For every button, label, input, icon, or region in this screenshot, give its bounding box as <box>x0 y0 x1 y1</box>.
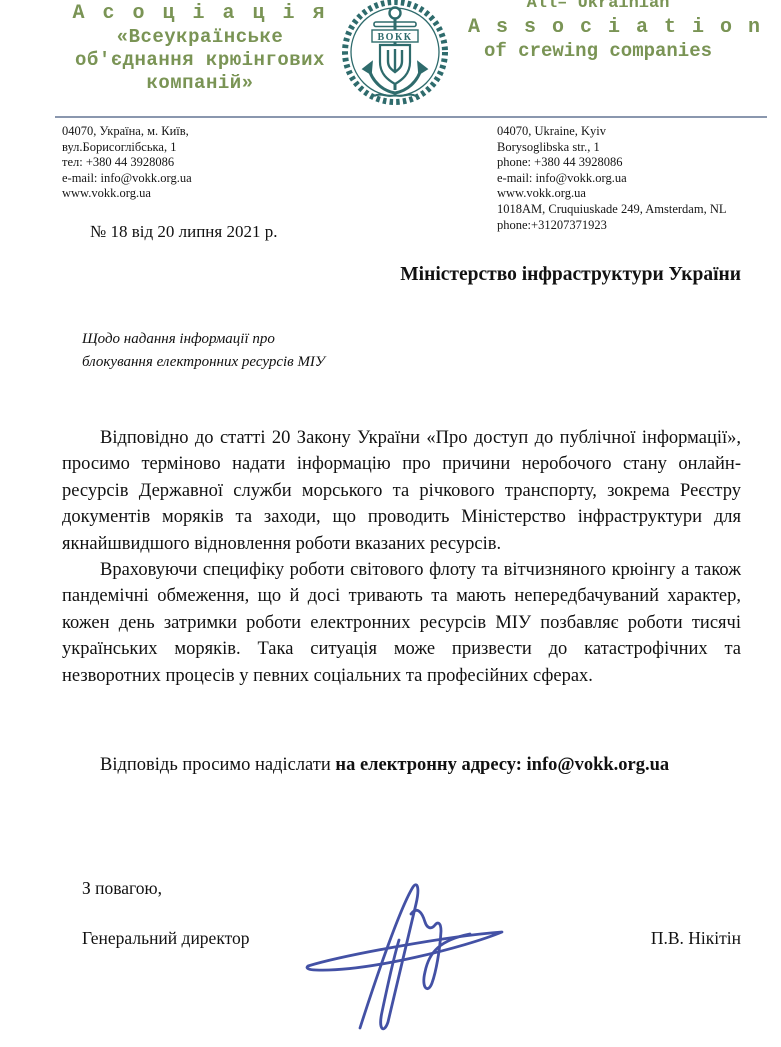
letter-page: А с о ц і а ц і я «Всеукраїнське об'єдна… <box>0 0 781 1047</box>
contact-line: 04070, Україна, м. Київ, <box>62 124 192 140</box>
reply-request-line: Відповідь просимо надіслати на електронн… <box>62 755 741 776</box>
body-paragraph-2: Враховуючи специфіку роботи світового фл… <box>62 557 741 689</box>
contact-line: e-mail: info@vokk.org.ua <box>62 171 192 187</box>
contact-line: тел: +380 44 3928086 <box>62 155 192 171</box>
contact-line: вул.Борисоглібська, 1 <box>62 140 192 156</box>
closing-salutation: З повагою, <box>82 878 162 899</box>
org-en-line1: All– Ukrainian <box>468 0 728 15</box>
org-ua-line4: компаній» <box>50 72 350 95</box>
logo-label: ВОКК <box>378 32 413 43</box>
contact-block-english: 04070, Ukraine, Kyiv Borysoglibska str.,… <box>497 124 727 233</box>
letter-subject: Щодо надання інформації про блокування е… <box>82 328 325 374</box>
signer-name: П.В. Нікітін <box>651 928 741 949</box>
body-paragraph-1: Відповідно до статті 20 Закону України «… <box>62 425 741 557</box>
org-name-ukrainian: А с о ц і а ц і я «Всеукраїнське об'єдна… <box>50 2 350 95</box>
org-en-line2: A s s o c i a t i o n <box>468 15 728 40</box>
addressee: Міністерство інфраструктури України <box>380 264 741 286</box>
contact-line: www.vokk.org.ua <box>497 186 727 202</box>
contact-line: www.vokk.org.ua <box>62 186 192 202</box>
org-en-line3: of crewing companies <box>468 40 728 63</box>
subject-line1: Щодо надання інформації про <box>82 328 325 351</box>
contact-line: phone: +380 44 3928086 <box>497 155 727 171</box>
reply-request-text: Відповідь просимо надіслати <box>100 755 335 775</box>
contact-line: e-mail: info@vokk.org.ua <box>497 171 727 187</box>
reply-email-bold: на електронну адресу: info@vokk.org.ua <box>335 755 669 775</box>
signer-title: Генеральний директор <box>82 928 250 949</box>
subject-line2: блокування електронних ресурсів МІУ <box>82 351 325 374</box>
org-ua-line1: А с о ц і а ц і я <box>50 2 350 26</box>
letter-reference-number: № 18 від 20 липня 2021 р. <box>90 222 277 242</box>
contact-line: 04070, Ukraine, Kyiv <box>497 124 727 140</box>
org-ua-line2: «Всеукраїнське <box>50 26 350 49</box>
contact-block-ukrainian: 04070, Україна, м. Київ, вул.Борисоглібс… <box>62 124 192 202</box>
header-divider-line <box>55 116 767 118</box>
vokk-anchor-logo-icon: ВОКК <box>330 0 460 112</box>
handwritten-signature-icon <box>298 880 518 1045</box>
org-ua-line3: об'єднання крюінгових <box>50 49 350 72</box>
letter-body: Відповідно до статті 20 Закону України «… <box>62 425 741 689</box>
org-name-english: All– Ukrainian A s s o c i a t i o n of … <box>468 0 728 63</box>
contact-line: 1018AM, Cruquiuskade 249, Amsterdam, NL <box>497 202 727 218</box>
contact-line: phone:+31207371923 <box>497 218 727 234</box>
contact-line: Borysoglibska str., 1 <box>497 140 727 156</box>
